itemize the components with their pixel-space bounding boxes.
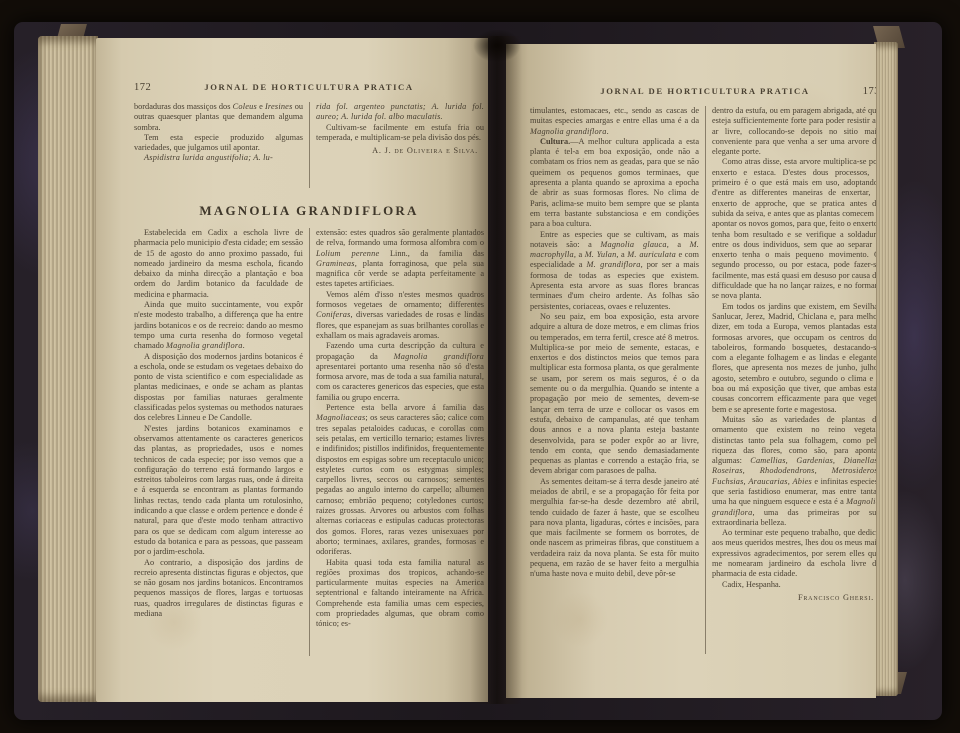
- paragraph: rida fol. argenteo punctatis; A. lurida …: [316, 102, 484, 123]
- paragraph: Cadix, Hespanha.: [712, 580, 876, 590]
- running-title-right: JORNAL DE HORTICULTURA PRATICA: [547, 86, 863, 96]
- left-page-text: 172 JORNAL DE HORTICULTURA PRATICA 172 b…: [134, 82, 484, 656]
- paragraph: Pertence esta bella arvore á familia das…: [316, 403, 484, 557]
- text-column: dentro da estufa, ou em paragem abrigada…: [705, 106, 876, 654]
- paragraph: Cultivam-se facilmente em estufa fria ou…: [316, 123, 484, 144]
- paragraph: Cultura.—A melhor cultura applicada a es…: [530, 137, 699, 230]
- paragraph: No seu paiz, em boa exposição, esta arvo…: [530, 312, 699, 477]
- page-edges-left: [38, 36, 98, 702]
- paragraph: A. J. de Oliveira e Silva.: [316, 143, 484, 156]
- right-page: 173 JORNAL DE HORTICULTURA PRATICA 173 t…: [506, 44, 876, 698]
- text-column: rida fol. argenteo punctatis; A. lurida …: [309, 102, 484, 188]
- paragraph: Ao contrario, a disposição dos jardins d…: [134, 558, 303, 620]
- paragraph: Aspidistra lurida angustifolia; A. lu-: [134, 153, 303, 163]
- article-title: MAGNOLIA GRANDIFLORA: [134, 203, 484, 219]
- article-columns: timulantes, estomacaes, etc., sendo as c…: [530, 106, 876, 654]
- paragraph: dentro da estufa, ou em paragem abrigada…: [712, 106, 876, 157]
- paragraph: extensão: estes quadros são geralmente p…: [316, 228, 484, 290]
- paragraph: Ainda que muito succintamente, vou expôr…: [134, 300, 303, 351]
- previous-article-columns: bordaduras dos massiços dos Coleus e Ire…: [134, 102, 484, 188]
- page-edges-right: [874, 42, 898, 696]
- paragraph: Vemos além d'isso n'estes mesmos quadros…: [316, 290, 484, 341]
- paragraph: bordaduras dos massiços dos Coleus e Ire…: [134, 102, 303, 133]
- page-number-left: 172: [134, 82, 151, 93]
- running-title-left: JORNAL DE HORTICULTURA PRATICA: [151, 82, 467, 92]
- left-page-header: 172 JORNAL DE HORTICULTURA PRATICA 172: [134, 82, 484, 93]
- paragraph: timulantes, estomacaes, etc., sendo as c…: [530, 106, 699, 137]
- text-column: timulantes, estomacaes, etc., sendo as c…: [530, 106, 705, 654]
- paragraph: Habita quasi toda esta familia natural a…: [316, 558, 484, 630]
- paragraph: Estabelecida em Cadix a eschola livre de…: [134, 228, 303, 300]
- paragraph: Como atras disse, esta arvore multiplica…: [712, 157, 876, 301]
- paragraph: Fazendo uma curta descripção da cultura …: [316, 341, 484, 403]
- right-page-header: 173 JORNAL DE HORTICULTURA PRATICA 173: [530, 86, 876, 97]
- paragraph: Em todos os jardins que existem, em Sevi…: [712, 302, 876, 415]
- page-number-right: 173: [863, 86, 876, 97]
- paragraph: As sementes deitam-se á terra desde jane…: [530, 477, 699, 580]
- article-columns: Estabelecida em Cadix a eschola livre de…: [134, 228, 484, 656]
- right-page-text: 173 JORNAL DE HORTICULTURA PRATICA 173 t…: [530, 86, 876, 654]
- paragraph: Entre as especies que se cultivam, as ma…: [530, 230, 699, 312]
- paragraph: N'estes jardins botanicos examinamos e o…: [134, 424, 303, 558]
- text-column: extensão: estes quadros são geralmente p…: [309, 228, 484, 656]
- paragraph: Muitas são as variedades de plantas de o…: [712, 415, 876, 528]
- paragraph: A disposição dos modernos jardins botani…: [134, 352, 303, 424]
- paragraph: Tem esta especie produzido algumas varie…: [134, 133, 303, 154]
- text-column: Estabelecida em Cadix a eschola livre de…: [134, 228, 309, 656]
- paragraph: Francisco Ghersi.: [712, 590, 876, 603]
- left-page: 172 JORNAL DE HORTICULTURA PRATICA 172 b…: [96, 38, 488, 702]
- paragraph: Ao terminar este pequeno trabalho, que d…: [712, 528, 876, 579]
- text-column: bordaduras dos massiços dos Coleus e Ire…: [134, 102, 309, 188]
